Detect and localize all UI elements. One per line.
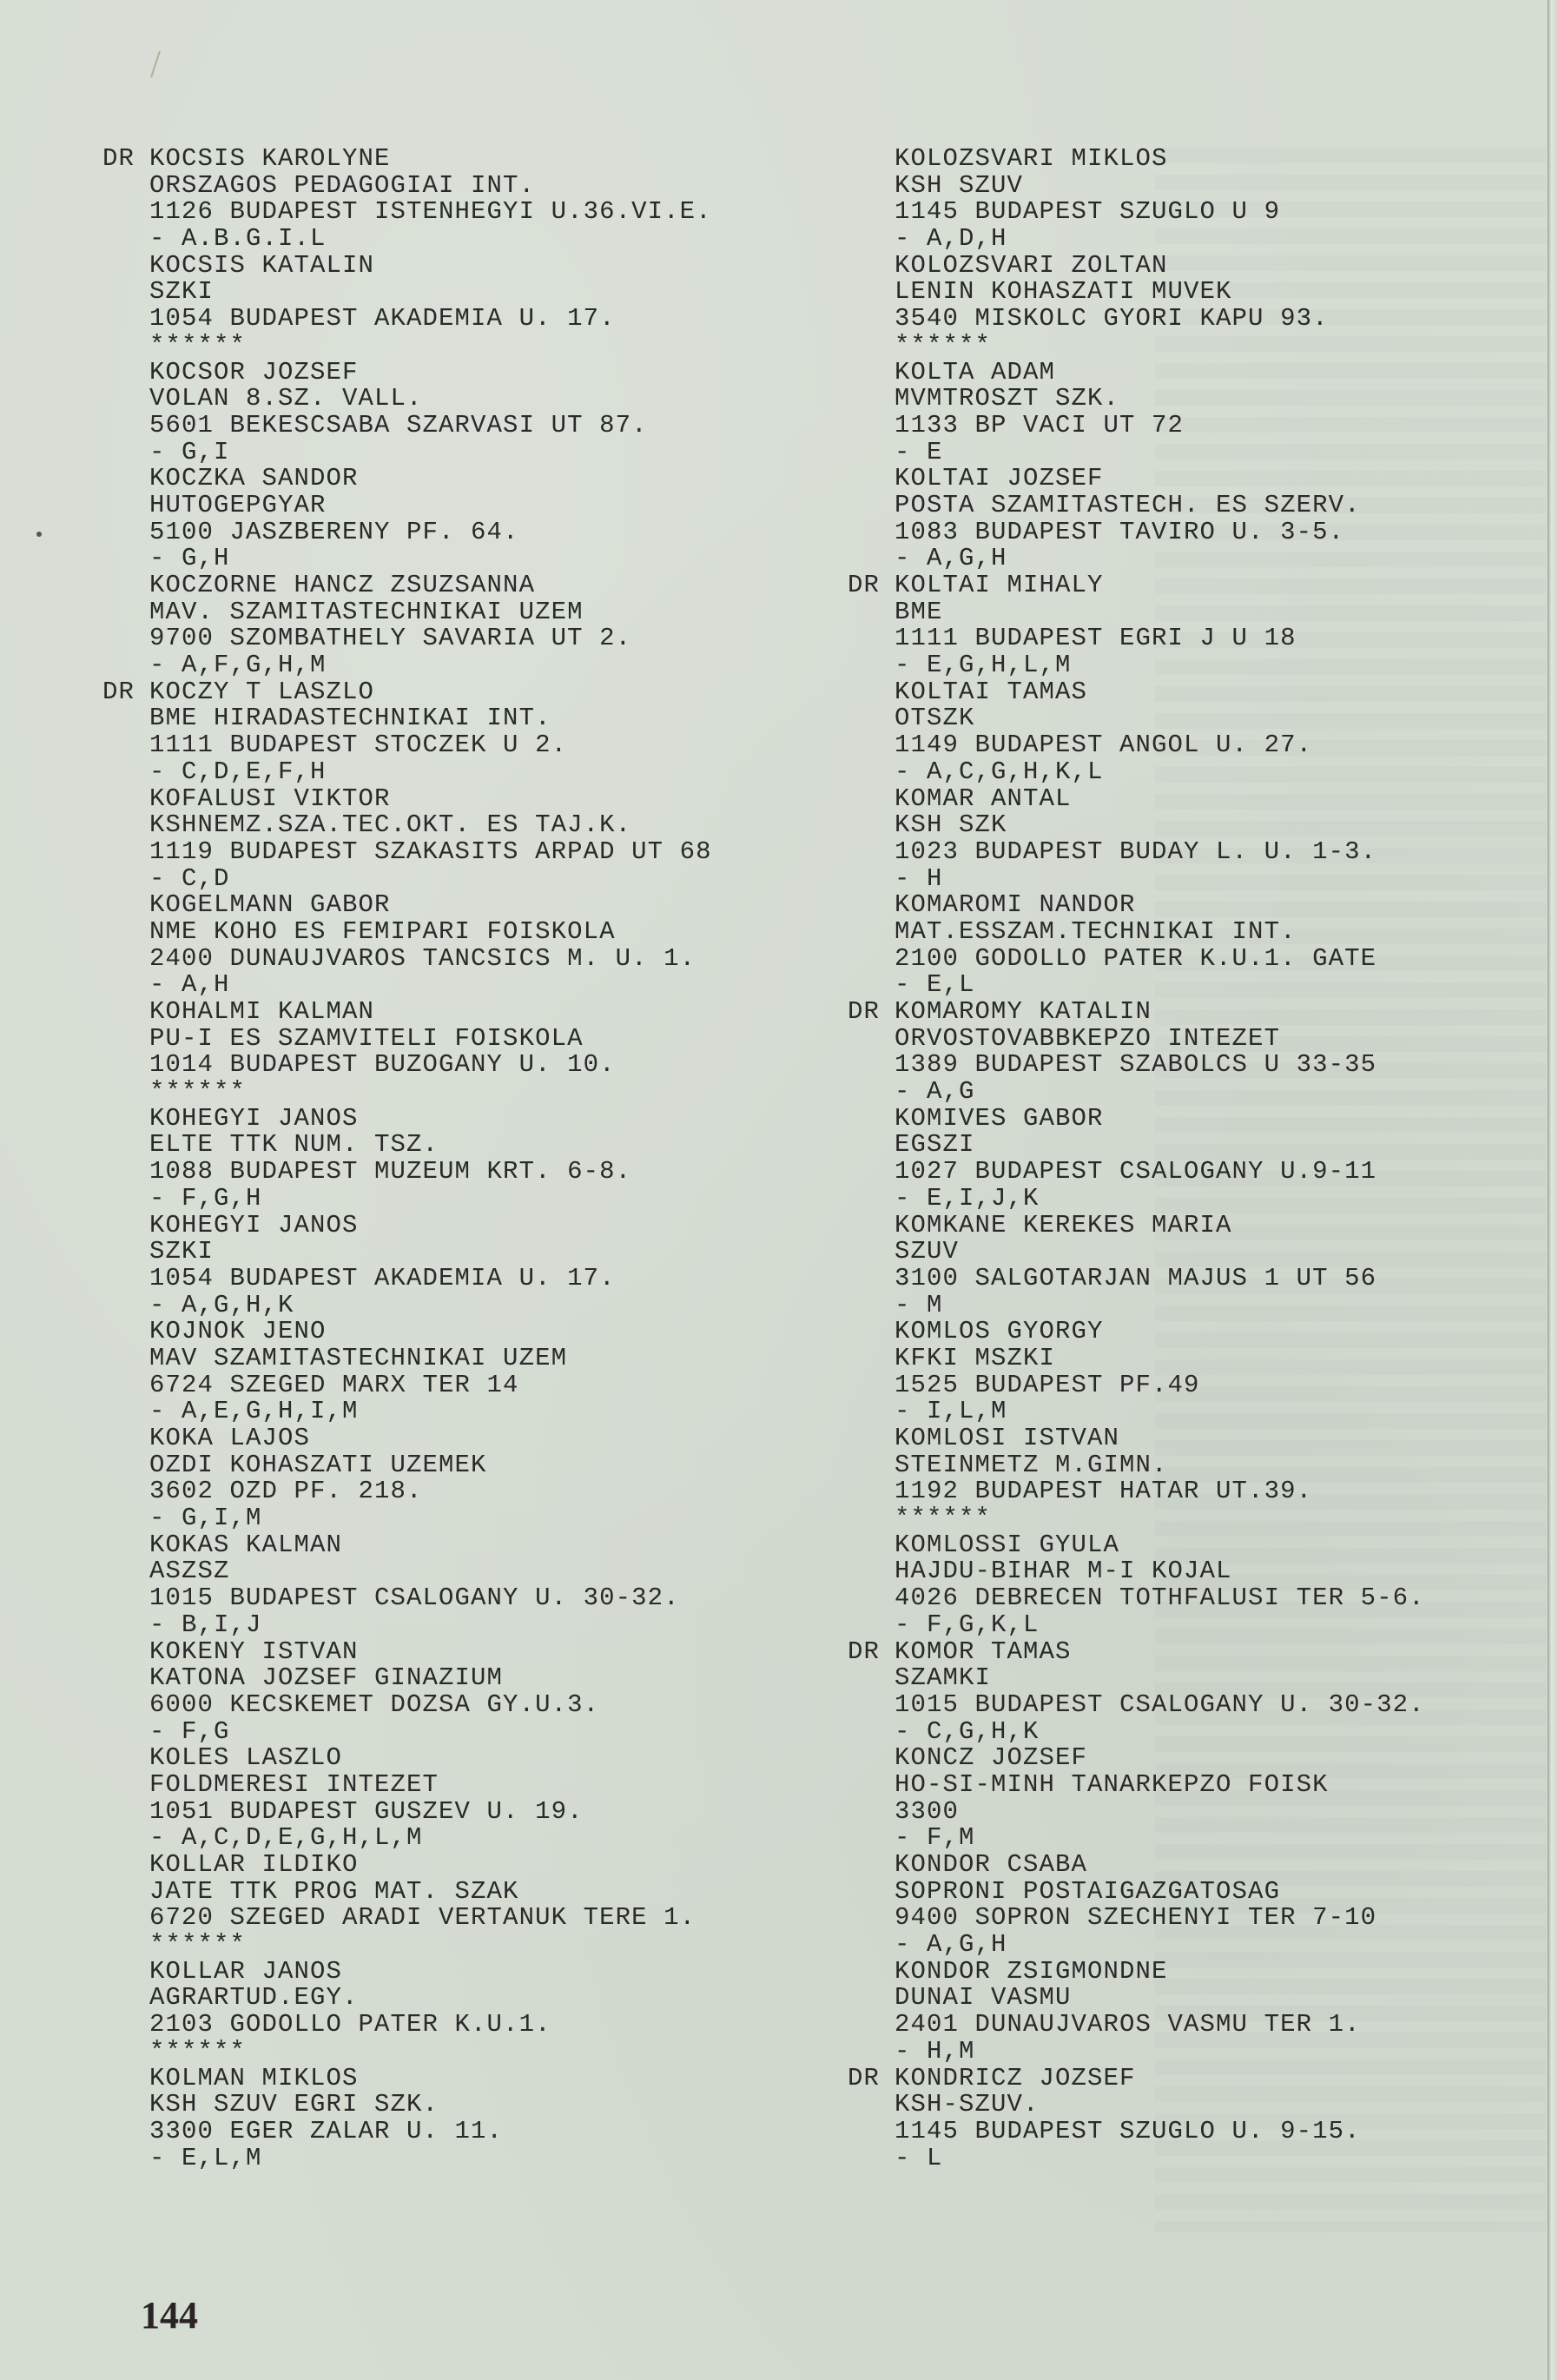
entry-codes-line: - A.B.G.I.L bbox=[102, 226, 712, 253]
entry-name-line: KOHALMI KALMAN bbox=[102, 999, 712, 1026]
entry-organization: HAJDU-BIHAR M-I KOJAL bbox=[895, 1558, 1232, 1585]
entry-codes: - A.B.G.I.L bbox=[149, 226, 327, 253]
directory-entry: KOMLOS GYORGYKFKI MSZKI1525 BUDAPEST PF.… bbox=[848, 1319, 1425, 1425]
directory-column-left: DRKOCSIS KAROLYNEORSZAGOS PEDAGOGIAI INT… bbox=[102, 146, 712, 2172]
entry-name: KOMAROMY KATALIN bbox=[895, 999, 1152, 1026]
entry-address: 1027 BUDAPEST CSALOGANY U.9-11 bbox=[895, 1159, 1376, 1186]
entry-organization-line: MAV. SZAMITASTECHNIKAI UZEM bbox=[102, 599, 712, 626]
entry-title-prefix bbox=[848, 1745, 895, 1772]
entry-title-prefix bbox=[102, 1745, 149, 1772]
entry-codes-line: - A,G,H bbox=[848, 1932, 1425, 1959]
entry-name-line: DRKOCSIS KAROLYNE bbox=[102, 146, 712, 173]
entry-title-prefix bbox=[102, 1825, 149, 1852]
entry-title-prefix bbox=[848, 1612, 895, 1639]
entry-address: 1088 BUDAPEST MUZEUM KRT. 6-8. bbox=[149, 1159, 631, 1186]
entry-title-prefix bbox=[102, 1478, 149, 1505]
entry-codes: - L bbox=[895, 2145, 943, 2172]
entry-title-prefix bbox=[102, 1266, 149, 1292]
entry-address: 1126 BUDAPEST ISTENHEGYI U.36.VI.E. bbox=[149, 199, 712, 226]
entry-address-line: 1525 BUDAPEST PF.49 bbox=[848, 1372, 1425, 1399]
entry-title-prefix bbox=[102, 839, 149, 866]
entry-codes: - C,D bbox=[149, 866, 230, 893]
entry-codes-line: - I,L,M bbox=[848, 1398, 1425, 1425]
page-number: 144 bbox=[141, 2293, 198, 2337]
entry-name-line: KOLTA ADAM bbox=[848, 360, 1425, 387]
entry-title-prefix bbox=[102, 1639, 149, 1666]
entry-name-line: KOLTAI JOZSEF bbox=[848, 466, 1425, 493]
entry-name: KOHEGYI JANOS bbox=[149, 1106, 359, 1133]
entry-organization: OTSZK bbox=[895, 705, 975, 732]
entry-codes-line: - E,G,H,L,M bbox=[848, 652, 1425, 679]
entry-title-prefix bbox=[848, 892, 895, 919]
entry-address: 5100 JASZBERENY PF. 64. bbox=[149, 519, 519, 546]
entry-title-prefix bbox=[102, 1692, 149, 1719]
entry-title-prefix bbox=[848, 919, 895, 946]
entry-codes-line: ****** bbox=[848, 1505, 1425, 1532]
entry-title-prefix bbox=[102, 759, 149, 786]
entry-title-prefix: DR bbox=[848, 2066, 895, 2092]
entry-organization-line: HO-SI-MINH TANARKEPZO FOISK bbox=[848, 1772, 1425, 1799]
entry-codes: - B,I,J bbox=[149, 1612, 262, 1639]
entry-organization-line: KSH-SZUV. bbox=[848, 2092, 1425, 2119]
entry-title-prefix bbox=[102, 360, 149, 387]
entry-address-line: 2100 GODOLLO PATER K.U.1. GATE bbox=[848, 946, 1425, 973]
entry-title-prefix bbox=[102, 1879, 149, 1906]
entry-title-prefix bbox=[848, 2145, 895, 2172]
entry-title-prefix bbox=[102, 1425, 149, 1452]
entry-title-prefix bbox=[102, 493, 149, 519]
entry-codes: - A,C,D,E,G,H,L,M bbox=[149, 1825, 423, 1852]
entry-address-line: 1149 BUDAPEST ANGOL U. 27. bbox=[848, 732, 1425, 759]
entry-organization: BME HIRADASTECHNIKAI INT. bbox=[149, 705, 551, 732]
entry-title-prefix bbox=[102, 1852, 149, 1879]
entry-name: KOKENY ISTVAN bbox=[149, 1639, 359, 1666]
entry-codes-line: ****** bbox=[102, 2039, 712, 2066]
entry-codes: - F,M bbox=[895, 1825, 975, 1852]
entry-address: 1133 BP VACI UT 72 bbox=[895, 413, 1184, 440]
entry-address-line: 1015 BUDAPEST CSALOGANY U. 30-32. bbox=[102, 1585, 712, 1612]
directory-entry: DRKOMOR TAMASSZAMKI1015 BUDAPEST CSALOGA… bbox=[848, 1639, 1425, 1746]
entry-address: 1145 BUDAPEST SZUGLO U 9 bbox=[895, 199, 1280, 226]
entry-title-prefix bbox=[848, 1692, 895, 1719]
entry-organization-line: OTSZK bbox=[848, 705, 1425, 732]
entry-codes: - G,I bbox=[149, 440, 230, 466]
entry-organization: MAV SZAMITASTECHNIKAI UZEM bbox=[149, 1345, 567, 1372]
entry-name: KOCZY T LASZLO bbox=[149, 679, 374, 706]
entry-address-line: 3100 SALGOTARJAN MAJUS 1 UT 56 bbox=[848, 1266, 1425, 1292]
entry-organization-line: KFKI MSZKI bbox=[848, 1345, 1425, 1372]
entry-title-prefix bbox=[102, 279, 149, 306]
entry-title-prefix bbox=[102, 2039, 149, 2066]
entry-address-line: 2401 DUNAUJVAROS VASMU TER 1. bbox=[848, 2012, 1425, 2039]
entry-name: KOHALMI KALMAN bbox=[149, 999, 374, 1026]
entry-codes: - E,I,J,K bbox=[895, 1186, 1040, 1213]
entry-codes: - A,D,H bbox=[895, 226, 1007, 253]
entry-codes: - A,F,G,H,M bbox=[149, 652, 327, 679]
entry-title-prefix bbox=[848, 1452, 895, 1479]
entry-title-prefix bbox=[848, 440, 895, 466]
entry-organization-line: HAJDU-BIHAR M-I KOJAL bbox=[848, 1558, 1425, 1585]
directory-entry: KOLTA ADAMMVMTROSZT SZK.1133 BP VACI UT … bbox=[848, 360, 1425, 466]
entry-organization: STEINMETZ M.GIMN. bbox=[895, 1452, 1168, 1479]
entry-address-line: 1192 BUDAPEST HATAR UT.39. bbox=[848, 1478, 1425, 1505]
entry-organization-line: LENIN KOHASZATI MUVEK bbox=[848, 279, 1425, 306]
entry-codes-line: - A,C,D,E,G,H,L,M bbox=[102, 1825, 712, 1852]
entry-name: KOLOZSVARI ZOLTAN bbox=[895, 253, 1168, 280]
entry-title-prefix bbox=[102, 1505, 149, 1532]
entry-name: KOMOR TAMAS bbox=[895, 1639, 1072, 1666]
directory-entry: KOCSOR JOZSEFVOLAN 8.SZ. VALL.5601 BEKES… bbox=[102, 360, 712, 466]
entry-codes-line: ****** bbox=[848, 333, 1425, 360]
entry-organization-line: ORSZAGOS PEDAGOGIAI INT. bbox=[102, 173, 712, 200]
entry-codes: ****** bbox=[895, 1505, 991, 1532]
entry-title-prefix bbox=[848, 1425, 895, 1452]
directory-entry: KOHEGYI JANOSSZKI1054 BUDAPEST AKADEMIA … bbox=[102, 1213, 712, 1319]
entry-title-prefix bbox=[848, 253, 895, 280]
entry-name: KOLTA ADAM bbox=[895, 360, 1055, 387]
entry-codes: - A,H bbox=[149, 972, 230, 999]
entry-name: KOLMAN MIKLOS bbox=[149, 2066, 359, 2092]
entry-title-prefix: DR bbox=[848, 572, 895, 599]
entry-title-prefix bbox=[848, 146, 895, 173]
entry-title-prefix bbox=[102, 892, 149, 919]
entry-codes-line: - B,I,J bbox=[102, 1612, 712, 1639]
entry-address: 1192 BUDAPEST HATAR UT.39. bbox=[895, 1478, 1312, 1505]
entry-name: KONCZ JOZSEF bbox=[895, 1745, 1087, 1772]
entry-address-line: 1027 BUDAPEST CSALOGANY U.9-11 bbox=[848, 1159, 1425, 1186]
entry-organization-line: ORVOSTOVABBKEPZO INTEZET bbox=[848, 1026, 1425, 1053]
directory-entry: KOMAROMI NANDORMAT.ESSZAM.TECHNIKAI INT.… bbox=[848, 892, 1425, 999]
entry-codes-line: - F,M bbox=[848, 1825, 1425, 1852]
entry-name: KONDOR ZSIGMONDNE bbox=[895, 1959, 1168, 1986]
entry-title-prefix bbox=[848, 866, 895, 893]
entry-codes: - F,G,K,L bbox=[895, 1612, 1040, 1639]
entry-address-line: 1054 BUDAPEST AKADEMIA U. 17. bbox=[102, 1266, 712, 1292]
entry-address-line: 3300 EGER ZALAR U. 11. bbox=[102, 2119, 712, 2145]
entry-name-line: KOCZKA SANDOR bbox=[102, 466, 712, 493]
entry-organization-line: VOLAN 8.SZ. VALL. bbox=[102, 386, 712, 413]
entry-address-line: 1119 BUDAPEST SZAKASITS ARPAD UT 68 bbox=[102, 839, 712, 866]
entry-organization-line: JATE TTK PROG MAT. SZAK bbox=[102, 1879, 712, 1906]
entry-title-prefix bbox=[848, 413, 895, 440]
entry-address-line: 9700 SZOMBATHELY SAVARIA UT 2. bbox=[102, 625, 712, 652]
page-edge bbox=[1548, 0, 1558, 2380]
entry-title-prefix bbox=[102, 946, 149, 973]
entry-title-prefix bbox=[848, 1478, 895, 1505]
entry-organization-line: PU-I ES SZAMVITELI FOISKOLA bbox=[102, 1026, 712, 1053]
entry-title-prefix bbox=[848, 199, 895, 226]
entry-title-prefix bbox=[102, 1665, 149, 1692]
entry-title-prefix bbox=[848, 1905, 895, 1932]
directory-entry: KOCSIS KATALINSZKI1054 BUDAPEST AKADEMIA… bbox=[102, 253, 712, 360]
entry-address-line: 1145 BUDAPEST SZUGLO U 9 bbox=[848, 199, 1425, 226]
entry-organization: MAV. SZAMITASTECHNIKAI UZEM bbox=[149, 599, 584, 626]
entry-codes: - F,G,H bbox=[149, 1186, 262, 1213]
entry-organization: HO-SI-MINH TANARKEPZO FOISK bbox=[895, 1772, 1329, 1799]
entry-name-line: KONDOR ZSIGMONDNE bbox=[848, 1959, 1425, 1986]
entry-address-line: 3540 MISKOLC GYORI KAPU 93. bbox=[848, 306, 1425, 333]
entry-organization-line: MAT.ESSZAM.TECHNIKAI INT. bbox=[848, 919, 1425, 946]
entry-address: 5601 BEKESCSABA SZARVASI UT 87. bbox=[149, 413, 648, 440]
entry-organization-line: OZDI KOHASZATI UZEMEK bbox=[102, 1452, 712, 1479]
entry-name: KOLTAI JOZSEF bbox=[895, 466, 1104, 493]
entry-title-prefix bbox=[102, 2066, 149, 2092]
entry-name-line: DRKOCZY T LASZLO bbox=[102, 679, 712, 706]
entry-address-line: 2103 GODOLLO PATER K.U.1. bbox=[102, 2012, 712, 2039]
entry-codes-line: - F,G bbox=[102, 1719, 712, 1746]
entry-name: KOHEGYI JANOS bbox=[149, 1213, 359, 1240]
entry-name-line: KONCZ JOZSEF bbox=[848, 1745, 1425, 1772]
entry-title-prefix bbox=[848, 360, 895, 387]
entry-name: KOMLOS GYORGY bbox=[895, 1319, 1104, 1345]
entry-name: KOCZKA SANDOR bbox=[149, 466, 359, 493]
entry-name-line: KOCZORNE HANCZ ZSUZSANNA bbox=[102, 572, 712, 599]
entry-name-line: KOHEGYI JANOS bbox=[102, 1213, 712, 1240]
entry-title-prefix bbox=[102, 1799, 149, 1826]
entry-name: KOMKANE KEREKES MARIA bbox=[895, 1213, 1232, 1240]
entry-organization-line: HUTOGEPGYAR bbox=[102, 493, 712, 519]
entry-title-prefix: DR bbox=[102, 146, 149, 173]
entry-title-prefix bbox=[102, 572, 149, 599]
entry-title-prefix bbox=[848, 545, 895, 572]
entry-title-prefix bbox=[102, 786, 149, 813]
entry-title-prefix bbox=[848, 466, 895, 493]
entry-codes-line: - C,G,H,K bbox=[848, 1719, 1425, 1746]
entry-title-prefix bbox=[102, 173, 149, 200]
directory-entry: KOMAR ANTALKSH SZK1023 BUDAPEST BUDAY L.… bbox=[848, 786, 1425, 893]
pencil-mark bbox=[150, 50, 161, 77]
entry-title-prefix bbox=[848, 1985, 895, 2012]
entry-organization-line: AGRARTUD.EGY. bbox=[102, 1985, 712, 2012]
directory-entry: KOLOZSVARI ZOLTANLENIN KOHASZATI MUVEK35… bbox=[848, 253, 1425, 360]
entry-codes-line: - A,D,H bbox=[848, 226, 1425, 253]
entry-organization-line: FOLDMERESI INTEZET bbox=[102, 1772, 712, 1799]
entry-address: 1014 BUDAPEST BUZOGANY U. 10. bbox=[149, 1052, 616, 1079]
entry-address: 3540 MISKOLC GYORI KAPU 93. bbox=[895, 306, 1329, 333]
directory-entry: KOGELMANN GABORNME KOHO ES FEMIPARI FOIS… bbox=[102, 892, 712, 999]
directory-entry: KOKAS KALMANASZSZ1015 BUDAPEST CSALOGANY… bbox=[102, 1532, 712, 1639]
entry-codes-line: - A,E,G,H,I,M bbox=[102, 1398, 712, 1425]
entry-organization: SZKI bbox=[149, 1239, 214, 1266]
entry-organization: ELTE TTK NUM. TSZ. bbox=[149, 1132, 439, 1159]
entry-address-line: 3300 bbox=[848, 1799, 1425, 1826]
entry-name-line: KOCSOR JOZSEF bbox=[102, 360, 712, 387]
entry-organization: KFKI MSZKI bbox=[895, 1345, 1055, 1372]
entry-name-line: KOMLOSI ISTVAN bbox=[848, 1425, 1425, 1452]
entry-address: 9400 SOPRON SZECHENYI TER 7-10 bbox=[895, 1905, 1376, 1932]
entry-title-prefix: DR bbox=[102, 679, 149, 706]
entry-organization: DUNAI VASMU bbox=[895, 1985, 1072, 2012]
entry-title-prefix bbox=[848, 599, 895, 626]
entry-name: KOCSOR JOZSEF bbox=[149, 360, 359, 387]
entry-title-prefix bbox=[848, 1186, 895, 1213]
entry-address: 1054 BUDAPEST AKADEMIA U. 17. bbox=[149, 1266, 616, 1292]
entry-name: KOGELMANN GABOR bbox=[149, 892, 391, 919]
entry-name-line: KOLES LASZLO bbox=[102, 1745, 712, 1772]
entry-name: KOMAROMI NANDOR bbox=[895, 892, 1136, 919]
entry-name-line: KOMLOS GYORGY bbox=[848, 1319, 1425, 1345]
entry-title-prefix bbox=[848, 1132, 895, 1159]
entry-title-prefix bbox=[102, 1558, 149, 1585]
entry-codes: - G,H bbox=[149, 545, 230, 572]
entry-address: 1015 BUDAPEST CSALOGANY U. 30-32. bbox=[149, 1585, 680, 1612]
entry-title-prefix bbox=[102, 1959, 149, 1986]
entry-address-line: 6000 KECSKEMET DOZSA GY.U.3. bbox=[102, 1692, 712, 1719]
entry-address: 4026 DEBRECEN TOTHFALUSI TER 5-6. bbox=[895, 1585, 1425, 1612]
entry-address: 6720 SZEGED ARADI VERTANUK TERE 1. bbox=[149, 1905, 696, 1932]
entry-address: 1389 BUDAPEST SZABOLCS U 33-35 bbox=[895, 1052, 1376, 1079]
entry-title-prefix bbox=[848, 279, 895, 306]
directory-column-right: KOLOZSVARI MIKLOSKSH SZUV1145 BUDAPEST S… bbox=[848, 146, 1425, 2172]
entry-name: KONDOR CSABA bbox=[895, 1852, 1087, 1879]
entry-codes: - E,L,M bbox=[149, 2145, 262, 2172]
entry-title-prefix bbox=[848, 732, 895, 759]
entry-title-prefix bbox=[102, 1905, 149, 1932]
entry-title-prefix bbox=[102, 2012, 149, 2039]
entry-codes: ****** bbox=[149, 333, 246, 360]
entry-address-line: 5601 BEKESCSABA SZARVASI UT 87. bbox=[102, 413, 712, 440]
entry-codes-line: - C,D bbox=[102, 866, 712, 893]
entry-organization: KSH-SZUV. bbox=[895, 2092, 1040, 2119]
entry-title-prefix bbox=[848, 1532, 895, 1559]
entry-name-line: KOMLOSSI GYULA bbox=[848, 1532, 1425, 1559]
entry-title-prefix bbox=[102, 440, 149, 466]
entry-title-prefix bbox=[102, 1585, 149, 1612]
entry-name-line: DRKONDRICZ JOZSEF bbox=[848, 2066, 1425, 2092]
entry-title-prefix bbox=[102, 2145, 149, 2172]
entry-address-line: 1145 BUDAPEST SZUGLO U. 9-15. bbox=[848, 2119, 1425, 2145]
entry-organization: NME KOHO ES FEMIPARI FOISKOLA bbox=[149, 919, 616, 946]
entry-codes-line: - A,G bbox=[848, 1079, 1425, 1106]
entry-name-line: KOLLAR ILDIKO bbox=[102, 1852, 712, 1879]
directory-entry: KOMIVES GABOREGSZI1027 BUDAPEST CSALOGAN… bbox=[848, 1106, 1425, 1213]
entry-organization-line: STEINMETZ M.GIMN. bbox=[848, 1452, 1425, 1479]
entry-organization: ORVOSTOVABBKEPZO INTEZET bbox=[895, 1026, 1280, 1053]
entry-title-prefix bbox=[848, 226, 895, 253]
directory-entry: KOLTAI JOZSEFPOSTA SZAMITASTECH. ES SZER… bbox=[848, 466, 1425, 572]
entry-name: KOMAR ANTAL bbox=[895, 786, 1072, 813]
entry-title-prefix bbox=[848, 519, 895, 546]
entry-codes: - C,G,H,K bbox=[895, 1719, 1040, 1746]
entry-organization: LENIN KOHASZATI MUVEK bbox=[895, 279, 1232, 306]
entry-address: 1023 BUDAPEST BUDAY L. U. 1-3. bbox=[895, 839, 1376, 866]
entry-codes-line: - A,G,H,K bbox=[102, 1292, 712, 1319]
entry-title-prefix bbox=[848, 652, 895, 679]
entry-address: 3300 bbox=[895, 1799, 959, 1826]
entry-codes: - M bbox=[895, 1292, 943, 1319]
entry-organization: KSHNEMZ.SZA.TEC.OKT. ES TAJ.K. bbox=[149, 812, 631, 839]
entry-address-line: 1111 BUDAPEST STOCZEK U 2. bbox=[102, 732, 712, 759]
entry-title-prefix bbox=[848, 1239, 895, 1266]
entry-title-prefix bbox=[848, 1932, 895, 1959]
entry-organization-line: KSHNEMZ.SZA.TEC.OKT. ES TAJ.K. bbox=[102, 812, 712, 839]
directory-entry: KOMLOSSI GYULAHAJDU-BIHAR M-I KOJAL4026 … bbox=[848, 1532, 1425, 1639]
entry-organization: SOPRONI POSTAIGAZGATOSAG bbox=[895, 1879, 1280, 1906]
entry-address: 2401 DUNAUJVAROS VASMU TER 1. bbox=[895, 2012, 1361, 2039]
entry-codes: - H,M bbox=[895, 2039, 975, 2066]
entry-organization-line: EGSZI bbox=[848, 1132, 1425, 1159]
entry-organization: MVMTROSZT SZK. bbox=[895, 386, 1119, 413]
entry-codes: ****** bbox=[149, 1079, 246, 1106]
entry-organization-line: KSH SZK bbox=[848, 812, 1425, 839]
entry-codes: - A,E,G,H,I,M bbox=[149, 1398, 359, 1425]
entry-title-prefix bbox=[102, 1772, 149, 1799]
directory-entry: KOKENY ISTVANKATONA JOZSEF GINAZIUM6000 … bbox=[102, 1639, 712, 1746]
entry-title-prefix bbox=[848, 1879, 895, 1906]
entry-codes-line: - L bbox=[848, 2145, 1425, 2172]
directory-entry: KOHEGYI JANOSELTE TTK NUM. TSZ.1088 BUDA… bbox=[102, 1106, 712, 1213]
entry-address: 1119 BUDAPEST SZAKASITS ARPAD UT 68 bbox=[149, 839, 712, 866]
entry-address: 1145 BUDAPEST SZUGLO U. 9-15. bbox=[895, 2119, 1361, 2145]
entry-name-line: KOMAR ANTAL bbox=[848, 786, 1425, 813]
entry-title-prefix bbox=[848, 972, 895, 999]
entry-codes-line: - E,I,J,K bbox=[848, 1186, 1425, 1213]
entry-organization: HUTOGEPGYAR bbox=[149, 493, 327, 519]
entry-codes-line: - M bbox=[848, 1292, 1425, 1319]
entry-codes: - A,G,H bbox=[895, 1932, 1007, 1959]
entry-address: 1111 BUDAPEST EGRI J U 18 bbox=[895, 625, 1297, 652]
entry-address: 1111 BUDAPEST STOCZEK U 2. bbox=[149, 732, 567, 759]
entry-codes-line: - A,F,G,H,M bbox=[102, 652, 712, 679]
entry-codes-line: - G,H bbox=[102, 545, 712, 572]
entry-title-prefix bbox=[102, 386, 149, 413]
entry-address: 1015 BUDAPEST CSALOGANY U. 30-32. bbox=[895, 1692, 1425, 1719]
entry-organization-line: SZAMKI bbox=[848, 1665, 1425, 1692]
entry-address-line: 1015 BUDAPEST CSALOGANY U. 30-32. bbox=[848, 1692, 1425, 1719]
entry-codes-line: - F,G,K,L bbox=[848, 1612, 1425, 1639]
entry-address: 2100 GODOLLO PATER K.U.1. GATE bbox=[895, 946, 1376, 973]
entry-title-prefix bbox=[102, 1532, 149, 1559]
entry-name: KOMIVES GABOR bbox=[895, 1106, 1104, 1133]
directory-entry: KOLTAI TAMASOTSZK1149 BUDAPEST ANGOL U. … bbox=[848, 679, 1425, 786]
entry-organization: OZDI KOHASZATI UZEMEK bbox=[149, 1452, 487, 1479]
entry-title-prefix bbox=[848, 1852, 895, 1879]
entry-name-line: KOGELMANN GABOR bbox=[102, 892, 712, 919]
entry-title-prefix bbox=[102, 519, 149, 546]
entry-codes: - E,L bbox=[895, 972, 975, 999]
entry-codes: - G,I,M bbox=[149, 1505, 262, 1532]
entry-name-line: KOFALUSI VIKTOR bbox=[102, 786, 712, 813]
entry-title-prefix bbox=[102, 1079, 149, 1106]
directory-entry: DRKOCZY T LASZLOBME HIRADASTECHNIKAI INT… bbox=[102, 679, 712, 786]
entry-address-line: 5100 JASZBERENY PF. 64. bbox=[102, 519, 712, 546]
entry-address: 2400 DUNAUJVAROS TANCSICS M. U. 1. bbox=[149, 946, 696, 973]
entry-organization-line: KSH SZUV EGRI SZK. bbox=[102, 2092, 712, 2119]
entry-name-line: KOLOZSVARI MIKLOS bbox=[848, 146, 1425, 173]
entry-organization: EGSZI bbox=[895, 1132, 975, 1159]
entry-title-prefix bbox=[848, 1772, 895, 1799]
directory-entry: DRKOCSIS KAROLYNEORSZAGOS PEDAGOGIAI INT… bbox=[102, 146, 712, 253]
entry-title-prefix bbox=[102, 413, 149, 440]
entry-title-prefix bbox=[848, 1825, 895, 1852]
entry-title-prefix bbox=[848, 1213, 895, 1240]
directory-entry: KOCZKA SANDORHUTOGEPGYAR5100 JASZBERENY … bbox=[102, 466, 712, 572]
entry-name-line: DRKOLTAI MIHALY bbox=[848, 572, 1425, 599]
entry-title-prefix bbox=[102, 1452, 149, 1479]
entry-title-prefix bbox=[848, 1106, 895, 1133]
entry-codes-line: ****** bbox=[102, 1079, 712, 1106]
entry-title-prefix bbox=[848, 493, 895, 519]
entry-address: 1149 BUDAPEST ANGOL U. 27. bbox=[895, 732, 1312, 759]
entry-name-line: KOJNOK JENO bbox=[102, 1319, 712, 1345]
entry-title-prefix bbox=[102, 1345, 149, 1372]
entry-codes-line: ****** bbox=[102, 1932, 712, 1959]
entry-name-line: KOCSIS KATALIN bbox=[102, 253, 712, 280]
entry-codes-line: - G,I,M bbox=[102, 1505, 712, 1532]
entry-organization-line: POSTA SZAMITASTECH. ES SZERV. bbox=[848, 493, 1425, 519]
entry-address-line: 1111 BUDAPEST EGRI J U 18 bbox=[848, 625, 1425, 652]
entry-organization: KATONA JOZSEF GINAZIUM bbox=[149, 1665, 503, 1692]
